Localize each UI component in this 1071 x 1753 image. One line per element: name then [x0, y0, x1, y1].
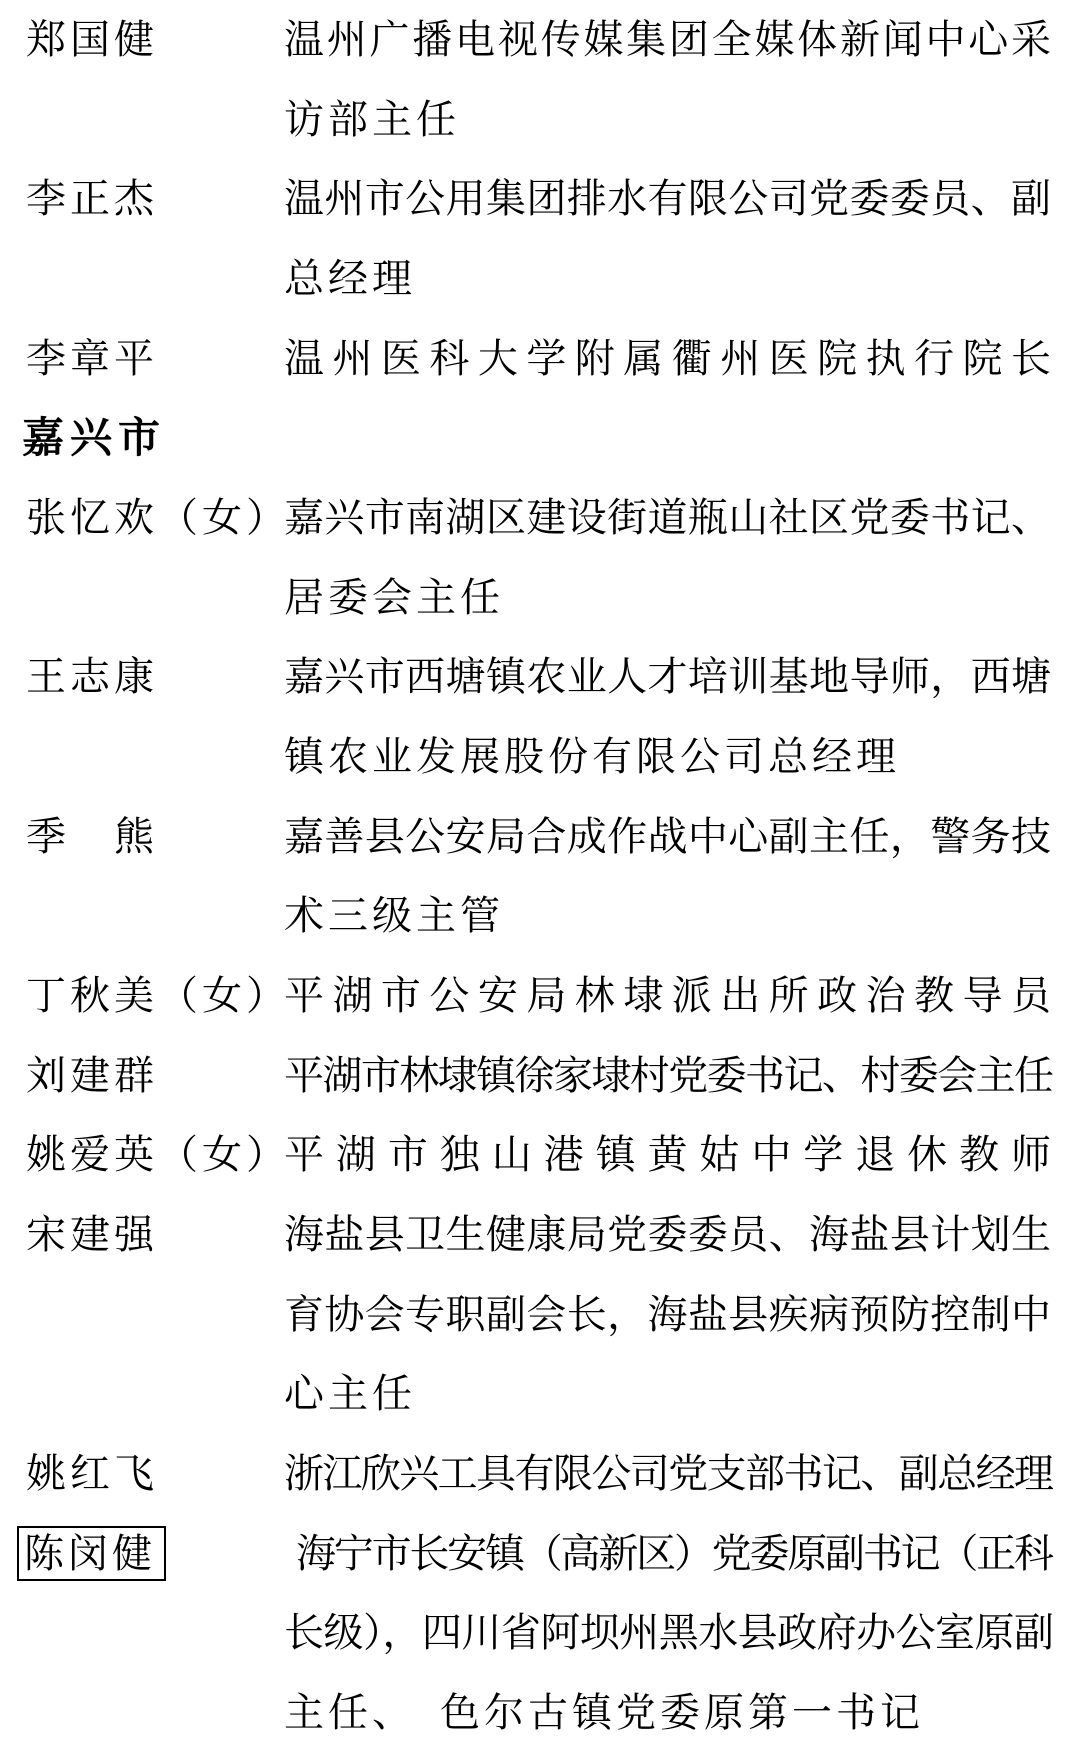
description-line: 海盐县卫生健康局党委委员、海盐县计划生: [284, 1195, 1051, 1275]
description-line: 长级），四川省阿坝州黑水县政府办公室原副: [284, 1593, 1051, 1673]
name-line: 季 熊: [26, 797, 284, 877]
name-line: 王志康: [26, 637, 284, 717]
description-line: 镇农业发展股份有限公司总经理: [284, 717, 1051, 797]
entry-row: 郑国健温州广播电视传媒集团全媒体新闻中心采访部主任: [0, 0, 1071, 159]
description-line: 居委会主任: [284, 558, 1051, 638]
name-line: 姚红飞: [26, 1434, 284, 1514]
person-name: 李正杰: [26, 176, 158, 221]
description-line: 总经理: [284, 239, 1051, 319]
entry-row: 刘建群平湖市林埭镇徐家埭村党委书记、村委会主任: [0, 1036, 1071, 1116]
name-cell: 宋建强: [0, 1195, 284, 1275]
entry-row: 陈闵健海宁市长安镇（高新区）党委原副书记（正科长级），四川省阿坝州黑水县政府办公…: [0, 1514, 1071, 1753]
entry-row: 王志康嘉兴市西塘镇农业人才培训基地导师，西塘镇农业发展股份有限公司总经理: [0, 637, 1071, 796]
name-line: 刘建群: [26, 1036, 284, 1116]
name-cell: 李章平: [0, 319, 284, 399]
description-line: 温州医科大学附属衢州医院执行院长: [284, 319, 1051, 399]
description-cell: 平湖市林埭镇徐家埭村党委书记、村委会主任: [284, 1036, 1051, 1116]
person-name: 姚红飞: [26, 1451, 158, 1496]
description-line: 平湖市林埭镇徐家埭村党委书记、村委会主任: [284, 1036, 1051, 1116]
description-cell: 温州广播电视传媒集团全媒体新闻中心采访部主任: [284, 0, 1051, 159]
name-cell: 陈闵健: [0, 1514, 284, 1594]
name-cell: 刘建群: [0, 1036, 284, 1116]
description-line: 心主任: [284, 1354, 1051, 1434]
entry-row: 张忆欢（女）嘉兴市南湖区建设街道瓶山社区党委书记、居委会主任: [0, 478, 1071, 637]
description-cell: 海宁市长安镇（高新区）党委原副书记（正科长级），四川省阿坝州黑水县政府办公室原副…: [284, 1514, 1051, 1753]
entry-row: 宋建强海盐县卫生健康局党委委员、海盐县计划生育协会专职副会长，海盐县疾病预防控制…: [0, 1195, 1071, 1434]
person-name: 张忆欢（女）: [26, 495, 290, 540]
description-cell: 温州医科大学附属衢州医院执行院长: [284, 319, 1051, 399]
description-line: 浙江欣兴工具有限公司党支部书记、副总经理: [284, 1434, 1051, 1514]
description-line: 平湖市独山港镇黄姑中学退休教师: [284, 1115, 1051, 1195]
person-name: 李章平: [26, 336, 158, 381]
name-line: 李章平: [26, 319, 284, 399]
name-line: 李正杰: [26, 159, 284, 239]
name-line: 陈闵健: [26, 1514, 284, 1594]
description-cell: 平湖市独山港镇黄姑中学退休教师: [284, 1115, 1051, 1195]
description-line: 平湖市公安局林埭派出所政治教导员: [284, 956, 1051, 1036]
name-cell: 丁秋美（女）: [0, 956, 284, 1036]
boxed-person-name: 陈闵健: [17, 1526, 166, 1581]
name-line: 丁秋美（女）: [26, 956, 284, 1036]
person-name: 王志康: [26, 654, 158, 699]
name-cell: 王志康: [0, 637, 284, 717]
person-name: 季 熊: [26, 814, 158, 859]
name-cell: 姚爱英（女）: [0, 1115, 284, 1195]
entries-list: 郑国健温州广播电视传媒集团全媒体新闻中心采访部主任李正杰温州市公用集团排水有限公…: [0, 0, 1071, 1753]
description-cell: 平湖市公安局林埭派出所政治教导员: [284, 956, 1051, 1036]
person-name: 刘建群: [26, 1053, 158, 1098]
description-cell: 温州市公用集团排水有限公司党委委员、副总经理: [284, 159, 1051, 318]
description-line: 海宁市长安镇（高新区）党委原副书记（正科: [284, 1514, 1051, 1594]
entry-row: 姚红飞浙江欣兴工具有限公司党支部书记、副总经理: [0, 1434, 1071, 1514]
name-line: 宋建强: [26, 1195, 284, 1275]
entry-row: 季 熊嘉善县公安局合成作战中心副主任，警务技术三级主管: [0, 797, 1071, 956]
name-line: 张忆欢（女）: [26, 478, 284, 558]
entry-row: 丁秋美（女）平湖市公安局林埭派出所政治教导员: [0, 956, 1071, 1036]
name-cell: 姚红飞: [0, 1434, 284, 1514]
entry-row: 姚爱英（女）平湖市独山港镇黄姑中学退休教师: [0, 1115, 1071, 1195]
person-name: 郑国健: [26, 17, 158, 62]
description-line: 主任、 色尔古镇党委原第一书记: [284, 1673, 1051, 1753]
description-line: 嘉善县公安局合成作战中心副主任，警务技: [284, 797, 1051, 877]
person-name: 丁秋美（女）: [26, 973, 290, 1018]
description-cell: 嘉兴市南湖区建设街道瓶山社区党委书记、居委会主任: [284, 478, 1051, 637]
description-line: 温州广播电视传媒集团全媒体新闻中心采: [284, 0, 1051, 80]
person-name: 姚爱英（女）: [26, 1132, 290, 1177]
section-header-row: 嘉兴市: [0, 398, 1071, 478]
description-line: 嘉兴市西塘镇农业人才培训基地导师，西塘: [284, 637, 1051, 717]
description-cell: 海盐县卫生健康局党委委员、海盐县计划生育协会专职副会长，海盐县疾病预防控制中心主…: [284, 1195, 1051, 1434]
entry-row: 李正杰温州市公用集团排水有限公司党委委员、副总经理: [0, 159, 1071, 318]
name-cell: 郑国健: [0, 0, 284, 80]
name-line: 姚爱英（女）: [26, 1115, 284, 1195]
description-line: 术三级主管: [284, 876, 1051, 956]
person-name: 宋建强: [26, 1212, 158, 1257]
description-line: 温州市公用集团排水有限公司党委委员、副: [284, 159, 1051, 239]
description-line: 育协会专职副会长，海盐县疾病预防控制中: [284, 1275, 1051, 1355]
entry-row: 李章平温州医科大学附属衢州医院执行院长: [0, 319, 1071, 399]
name-cell: 张忆欢（女）: [0, 478, 284, 558]
name-cell: 季 熊: [0, 797, 284, 877]
description-line: 嘉兴市南湖区建设街道瓶山社区党委书记、: [284, 478, 1051, 558]
section-header: 嘉兴市: [0, 398, 166, 478]
name-cell: 李正杰: [0, 159, 284, 239]
description-cell: 嘉善县公安局合成作战中心副主任，警务技术三级主管: [284, 797, 1051, 956]
description-cell: 嘉兴市西塘镇农业人才培训基地导师，西塘镇农业发展股份有限公司总经理: [284, 637, 1051, 796]
name-line: 郑国健: [26, 0, 284, 80]
description-line: 访部主任: [284, 80, 1051, 160]
document-page: 郑国健温州广播电视传媒集团全媒体新闻中心采访部主任李正杰温州市公用集团排水有限公…: [0, 0, 1071, 1753]
description-cell: 浙江欣兴工具有限公司党支部书记、副总经理: [284, 1434, 1051, 1514]
